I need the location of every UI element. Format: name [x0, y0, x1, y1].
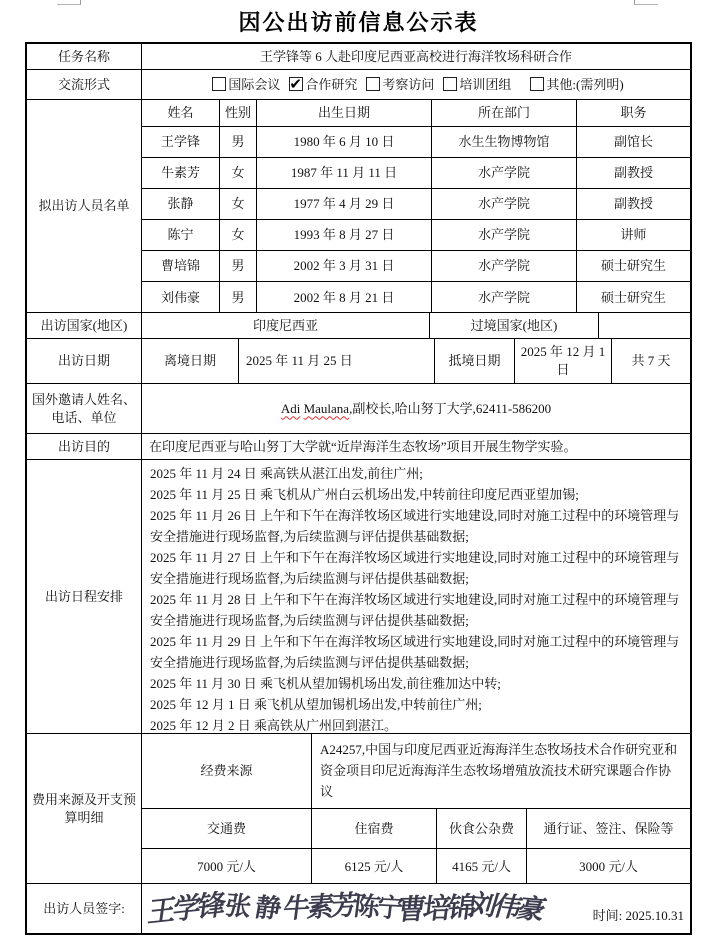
checkbox-icon[interactable] — [212, 77, 226, 91]
person-sex: 男 — [220, 251, 257, 281]
person-department: 水产学院 — [432, 189, 577, 219]
col-header-meal-fee: 伙食公杂费 — [437, 809, 527, 848]
person-birthdate: 1993 年 8 月 27 日 — [257, 220, 432, 250]
person-position: 副教授 — [577, 189, 690, 219]
col-header-permit-visa-insurance: 通行证、签注、保险等 — [527, 809, 690, 848]
lodging-fee-value: 6125 元/人 — [312, 849, 437, 884]
person-birthdate: 1980 年 6 月 10 日 — [257, 127, 432, 157]
inviter-label: 国外邀请人姓名、电话、单位 — [27, 384, 142, 433]
col-header-lodging-fee: 住宿费 — [312, 809, 437, 848]
signature-name: 牛素芳 — [281, 888, 357, 928]
signature-name: 陈宁 — [352, 890, 402, 927]
personnel-label: 拟出访人员名单 — [27, 100, 142, 312]
itinerary-line: 2025 年 12 月 2 日 乘高铁从广州回到湛江。 — [150, 715, 684, 733]
destination-label: 出访国家(地区) — [27, 313, 142, 338]
checkbox-icon[interactable] — [443, 77, 457, 91]
itinerary-line: 2025 年 11 月 24 日 乘高铁从湛江出发,前往广州; — [150, 463, 684, 484]
signature-name: 王学锋 — [145, 885, 225, 931]
trip-duration: 共 7 天 — [612, 339, 690, 383]
row-purpose: 出访目的 在印度尼西亚与哈山努丁大学就“近岸海洋生态牧场”项目开展生物学实验。 — [27, 434, 690, 460]
page-title: 因公出访前信息公示表 — [0, 6, 717, 37]
person-position: 讲师 — [577, 220, 690, 250]
personnel-header-row: 姓名 性别 出生日期 所在部门 职务 — [142, 100, 690, 127]
col-header-department: 所在部门 — [432, 100, 577, 126]
person-name: 刘伟豪 — [142, 282, 220, 313]
budget-source-row: 经费来源 A24257,中国与印度尼西亚近海海洋生态牧场技术合作研究亚和资金项目… — [142, 734, 690, 809]
arrive-date-label: 抵境日期 — [435, 339, 515, 383]
row-task-name: 任务名称 王学锋等 6 人赴印度尼西亚高校进行海洋牧场科研合作 — [27, 44, 690, 70]
inviter-details: ,副校长,哈山努丁大学,62411-586200 — [349, 401, 551, 416]
person-department: 水生生物博物馆 — [432, 127, 577, 157]
row-destination: 出访国家(地区) 印度尼西亚 过境国家(地区) — [27, 313, 690, 339]
itinerary-line: 2025 年 11 月 29 日 上午和下午在海洋牧场区域进行实地建设,同时对施… — [150, 631, 684, 673]
itinerary-text: 2025 年 11 月 24 日 乘高铁从湛江出发,前往广州; 2025 年 1… — [142, 460, 690, 733]
inviter-last-name: Maulana — [304, 401, 349, 416]
checkbox-icon[interactable] — [366, 77, 380, 91]
personnel-row: 王学锋 男 1980 年 6 月 10 日 水生生物博物馆 副馆长 — [142, 127, 690, 158]
person-department: 水产学院 — [432, 251, 577, 281]
person-sex: 男 — [220, 282, 257, 313]
personnel-row: 牛素芳 女 1987 年 11 月 11 日 水产学院 副教授 — [142, 158, 690, 189]
row-dates: 出访日期 离境日期 2025 年 11 月 25 日 抵境日期 2025 年 1… — [27, 339, 690, 384]
person-birthdate: 1987 年 11 月 11 日 — [257, 158, 432, 188]
checkbox-other[interactable]: 其他:(需列明) — [530, 76, 623, 94]
person-name: 牛素芳 — [142, 158, 220, 188]
depart-date-value: 2025 年 11 月 25 日 — [239, 339, 435, 383]
checkbox-label: 考察访问 — [382, 76, 434, 94]
personnel-row: 曹培锦 男 2002 年 3 月 31 日 水产学院 硕士研究生 — [142, 251, 690, 282]
permit-visa-insurance-value: 3000 元/人 — [527, 849, 690, 884]
form-table: 任务名称 王学锋等 6 人赴印度尼西亚高校进行海洋牧场科研合作 交流形式 国际会… — [25, 42, 692, 935]
col-header-position: 职务 — [577, 100, 690, 126]
col-header-transport-fee: 交通费 — [142, 809, 312, 848]
task-name-label: 任务名称 — [27, 44, 142, 69]
row-budget: 费用来源及开支预算明细 经费来源 A24257,中国与印度尼西亚近海海洋生态牧场… — [27, 734, 690, 884]
checkbox-cooperative-research[interactable]: 合作研究 — [289, 76, 357, 94]
person-department: 水产学院 — [432, 282, 577, 313]
person-name: 张静 — [142, 189, 220, 219]
person-position: 副教授 — [577, 158, 690, 188]
budget-source-label: 经费来源 — [142, 734, 312, 808]
signature-name: 张静 — [222, 889, 288, 928]
checkbox-training-group[interactable]: 培训团组 — [443, 76, 511, 94]
checkbox-international-conference[interactable]: 国际会议 — [212, 76, 280, 94]
itinerary-line: 2025 年 11 月 27 日 上午和下午在海洋牧场区域进行实地建设,同时对施… — [150, 547, 684, 589]
personnel-row: 张静 女 1977 年 4 月 29 日 水产学院 副教授 — [142, 189, 690, 220]
arrive-date-value: 2025 年 12 月 1 日 — [515, 339, 612, 383]
person-sex: 女 — [220, 220, 257, 250]
signature-name: 曹培锦 — [396, 888, 476, 929]
handwritten-signatures: 王学锋 张静 牛素芳 陈宁 曹培锦 刘伟豪 — [148, 890, 593, 928]
checkbox-inspection-visit[interactable]: 考察访问 — [366, 76, 434, 94]
margin-crop-mark-left-icon — [57, 0, 81, 5]
person-name: 曹培锦 — [142, 251, 220, 281]
margin-crop-mark-right-icon — [634, 0, 658, 5]
person-sex: 女 — [220, 158, 257, 188]
itinerary-line: 2025 年 11 月 28 日 上午和下午在海洋牧场区域进行实地建设,同时对施… — [150, 589, 684, 631]
budget-source-value: A24257,中国与印度尼西亚近海海洋生态牧场技术合作研究亚和资金项目印尼近海海… — [312, 734, 690, 808]
checkbox-label: 国际会议 — [228, 76, 280, 94]
purpose-value: 在印度尼西亚与哈山努丁大学就“近岸海洋生态牧场”项目开展生物学实验。 — [142, 434, 690, 459]
inviter-value: Adi Maulana,副校长,哈山努丁大学,62411-586200 — [142, 384, 690, 433]
personnel-table: 姓名 性别 出生日期 所在部门 职务 王学锋 男 1980 年 6 月 10 日… — [142, 100, 690, 312]
person-sex: 女 — [220, 189, 257, 219]
col-header-name: 姓名 — [142, 100, 220, 126]
budget-label: 费用来源及开支预算明细 — [27, 734, 142, 883]
row-signatures: 出访人员签字: 王学锋 张静 牛素芳 陈宁 曹培锦 刘伟豪 时间: 2025.1… — [27, 884, 690, 933]
exchange-options: 国际会议 合作研究 考察访问 培训团组 其他:(需列明) — [142, 70, 690, 99]
checkbox-icon[interactable] — [530, 77, 544, 91]
row-itinerary: 出访日程安排 2025 年 11 月 24 日 乘高铁从湛江出发,前往广州; 2… — [27, 460, 690, 734]
person-birthdate: 2002 年 8 月 21 日 — [257, 282, 432, 313]
checkbox-label: 培训团组 — [459, 76, 511, 94]
itinerary-line: 2025 年 11 月 30 日 乘飞机从望加锡机场出发,前往雅加达中转; — [150, 673, 684, 694]
row-exchange-form: 交流形式 国际会议 合作研究 考察访问 培训团组 — [27, 70, 690, 100]
meal-fee-value: 4165 元/人 — [437, 849, 527, 884]
person-department: 水产学院 — [432, 158, 577, 188]
exchange-form-label: 交流形式 — [27, 70, 142, 99]
transport-fee-value: 7000 元/人 — [142, 849, 312, 884]
depart-date-label: 离境日期 — [142, 339, 239, 383]
purpose-label: 出访目的 — [27, 434, 142, 459]
itinerary-line: 2025 年 11 月 25 日 乘飞机从广州白云机场出发,中转前往印度尼西亚望… — [150, 484, 684, 505]
inviter-first-name: Adi — [281, 401, 301, 416]
dates-label: 出访日期 — [27, 339, 142, 383]
col-header-sex: 性别 — [220, 100, 257, 126]
signature-label: 出访人员签字: — [27, 884, 142, 933]
task-name-value: 王学锋等 6 人赴印度尼西亚高校进行海洋牧场科研合作 — [142, 44, 690, 69]
signature-area: 王学锋 张静 牛素芳 陈宁 曹培锦 刘伟豪 时间: 2025.10.31 — [142, 884, 690, 933]
person-birthdate: 1977 年 4 月 29 日 — [257, 189, 432, 219]
person-birthdate: 2002 年 3 月 31 日 — [257, 251, 432, 281]
personnel-row: 刘伟豪 男 2002 年 8 月 21 日 水产学院 硕士研究生 — [142, 282, 690, 313]
person-position: 硕士研究生 — [577, 282, 690, 313]
row-inviter: 国外邀请人姓名、电话、单位 Adi Maulana,副校长,哈山努丁大学,624… — [27, 384, 690, 434]
transit-label: 过境国家(地区) — [430, 313, 599, 338]
budget-header-row: 交通费 住宿费 伙食公杂费 通行证、签注、保险等 — [142, 809, 690, 849]
row-personnel: 拟出访人员名单 姓名 性别 出生日期 所在部门 职务 王学锋 男 1980 年 … — [27, 100, 690, 313]
document-page: 因公出访前信息公示表 任务名称 王学锋等 6 人赴印度尼西亚高校进行海洋牧场科研… — [0, 0, 717, 936]
personnel-row: 陈宁 女 1993 年 8 月 27 日 水产学院 讲师 — [142, 220, 690, 251]
person-name: 王学锋 — [142, 127, 220, 157]
destination-value: 印度尼西亚 — [142, 313, 430, 338]
person-sex: 男 — [220, 127, 257, 157]
budget-table: 经费来源 A24257,中国与印度尼西亚近海海洋生态牧场技术合作研究亚和资金项目… — [142, 734, 690, 883]
signature-name: 刘伟豪 — [465, 888, 548, 930]
person-position: 副馆长 — [577, 127, 690, 157]
person-department: 水产学院 — [432, 220, 577, 250]
person-position: 硕士研究生 — [577, 251, 690, 281]
transit-value — [599, 313, 690, 338]
checkbox-label: 合作研究 — [305, 76, 357, 94]
itinerary-line: 2025 年 11 月 26 日 上午和下午在海洋牧场区域进行实地建设,同时对施… — [150, 505, 684, 547]
itinerary-label: 出访日程安排 — [27, 460, 142, 733]
checkbox-checked-icon[interactable] — [289, 77, 303, 91]
col-header-birthdate: 出生日期 — [257, 100, 432, 126]
itinerary-line: 2025 年 12 月 1 日 乘飞机从望加锡机场出发,中转前往广州; — [150, 694, 684, 715]
checkbox-label: 其他:(需列明) — [546, 76, 623, 94]
budget-values-row: 7000 元/人 6125 元/人 4165 元/人 3000 元/人 — [142, 849, 690, 884]
person-name: 陈宁 — [142, 220, 220, 250]
signature-time: 时间: 2025.10.31 — [593, 907, 684, 925]
